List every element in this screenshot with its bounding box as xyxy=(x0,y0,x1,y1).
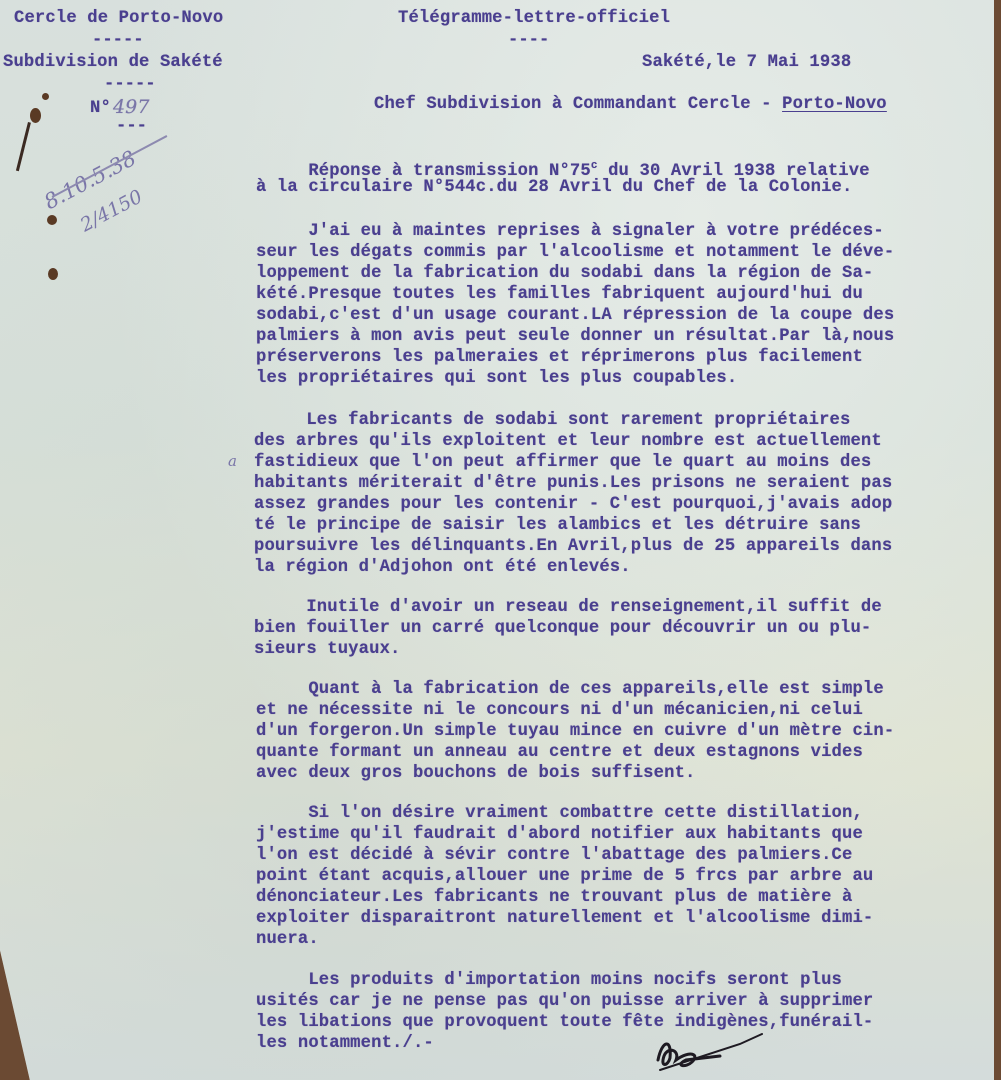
paragraph-1-line: à la circulaire N°544c.du 28 Avril du Ch… xyxy=(256,177,852,198)
document-page: Cercle de Porto-Novo ----- Subdivision d… xyxy=(0,0,994,1080)
paragraph-3-line: fastidieux que l'on peut affirmer que le… xyxy=(254,452,871,473)
paragraph-2-line: sodabi,c'est d'un usage courant.LA répre… xyxy=(256,305,894,326)
header-separator: ----- xyxy=(92,30,144,51)
paragraph-5-line: et ne nécessite ni le concours ni d'un m… xyxy=(256,700,863,721)
ink-stain xyxy=(30,108,41,123)
paragraph-6-line: j'estime qu'il faudrait d'abord notifier… xyxy=(256,824,863,845)
paragraph-2-line: seur les dégats commis par l'alcoolisme … xyxy=(256,242,894,263)
paragraph-6-line: exploiter disparaitront naturellement et… xyxy=(256,908,873,929)
header-separator: --- xyxy=(116,116,147,137)
paragraph-3-line: la région d'Adjohon ont été enlevés. xyxy=(254,557,631,578)
header-separator: ---- xyxy=(508,30,549,51)
paragraph-6-line: l'on est décidé à sévir contre l'abattag… xyxy=(256,845,852,866)
paragraph-3-line: assez grandes pour les contenir - C'est … xyxy=(254,494,892,515)
paragraph-3-line: poursuivre les délinquants.En Avril,plus… xyxy=(254,536,892,557)
paragraph-4-line: Inutile d'avoir un reseau de renseigneme… xyxy=(254,597,882,618)
paragraph-2-line: J'ai eu à maintes reprises à signaler à … xyxy=(256,221,884,242)
header-cercle: Cercle de Porto-Novo xyxy=(14,8,223,29)
binding-hole xyxy=(48,268,58,280)
signature-icon xyxy=(640,1020,770,1075)
paragraph-3-line: té le principe de saisir les alambics et… xyxy=(254,515,861,536)
paragraph-3-line: Les fabricants de sodabi sont rarement p… xyxy=(254,410,850,431)
addressee-place: Porto-Novo xyxy=(782,95,887,114)
paragraph-4-line: bien fouiller un carré quelconque pour d… xyxy=(254,618,871,639)
addressee-line: Chef Subdivision à Commandant Cercle - P… xyxy=(374,94,887,115)
paragraph-2-line: les propriétaires qui sont les plus coup… xyxy=(256,368,737,389)
paragraph-5-line: d'un forgeron.Un simple tuyau mince en c… xyxy=(256,721,894,742)
paragraph-6-line: Si l'on désire vraiment combattre cette … xyxy=(256,803,863,824)
ink-streak xyxy=(16,122,31,171)
margin-mark: a xyxy=(228,452,237,470)
paragraph-7-line: Les produits d'importation moins nocifs … xyxy=(256,970,842,991)
document-type: Télégramme-lettre-officiel xyxy=(398,8,670,29)
paragraph-6-line: nuera. xyxy=(256,929,319,950)
paragraph-2-line: palmiers à mon avis peut seule donner un… xyxy=(256,326,894,347)
binding-hole xyxy=(47,215,57,225)
paragraph-2-line: kété.Presque toutes les familles fabriqu… xyxy=(256,284,863,305)
paragraph-2-line: préserverons les palmeraies et réprimero… xyxy=(256,347,863,368)
header-separator: ----- xyxy=(104,74,156,95)
annotation-rule-line xyxy=(52,135,167,197)
paragraph-3-line: des arbres qu'ils exploitent et leur nom… xyxy=(254,431,882,452)
paragraph-7-line: les libations que provoquent toute fête … xyxy=(256,1012,873,1033)
paragraph-6-line: dénonciateur.Les fabricants ne trouvant … xyxy=(256,887,852,908)
paragraph-2-line: loppement de la fabrication du sodabi da… xyxy=(256,263,873,284)
paragraph-5-line: quante formant un anneau au centre et de… xyxy=(256,742,863,763)
paragraph-5-line: Quant à la fabrication de ces appareils,… xyxy=(256,679,884,700)
handwritten-number: 497 xyxy=(113,96,150,118)
header-subdivision: Subdivision de Sakété xyxy=(3,52,223,73)
paragraph-7-line: les notamment./.- xyxy=(256,1033,434,1054)
paragraph-5-line: avec deux gros bouchons de bois suffisen… xyxy=(256,763,696,784)
paragraph-3-line: habitants mériterait d'être punis.Les pr… xyxy=(254,473,892,494)
paragraph-4-line: sieurs tuyaux. xyxy=(254,639,401,660)
paragraph-6-line: point étant acquis,allouer une prime de … xyxy=(256,866,873,887)
place-date: Sakété,le 7 Mai 1938 xyxy=(642,52,851,73)
paragraph-7-line: usités car je ne pense pas qu'on puisse … xyxy=(256,991,873,1012)
binding-hole xyxy=(42,93,49,100)
